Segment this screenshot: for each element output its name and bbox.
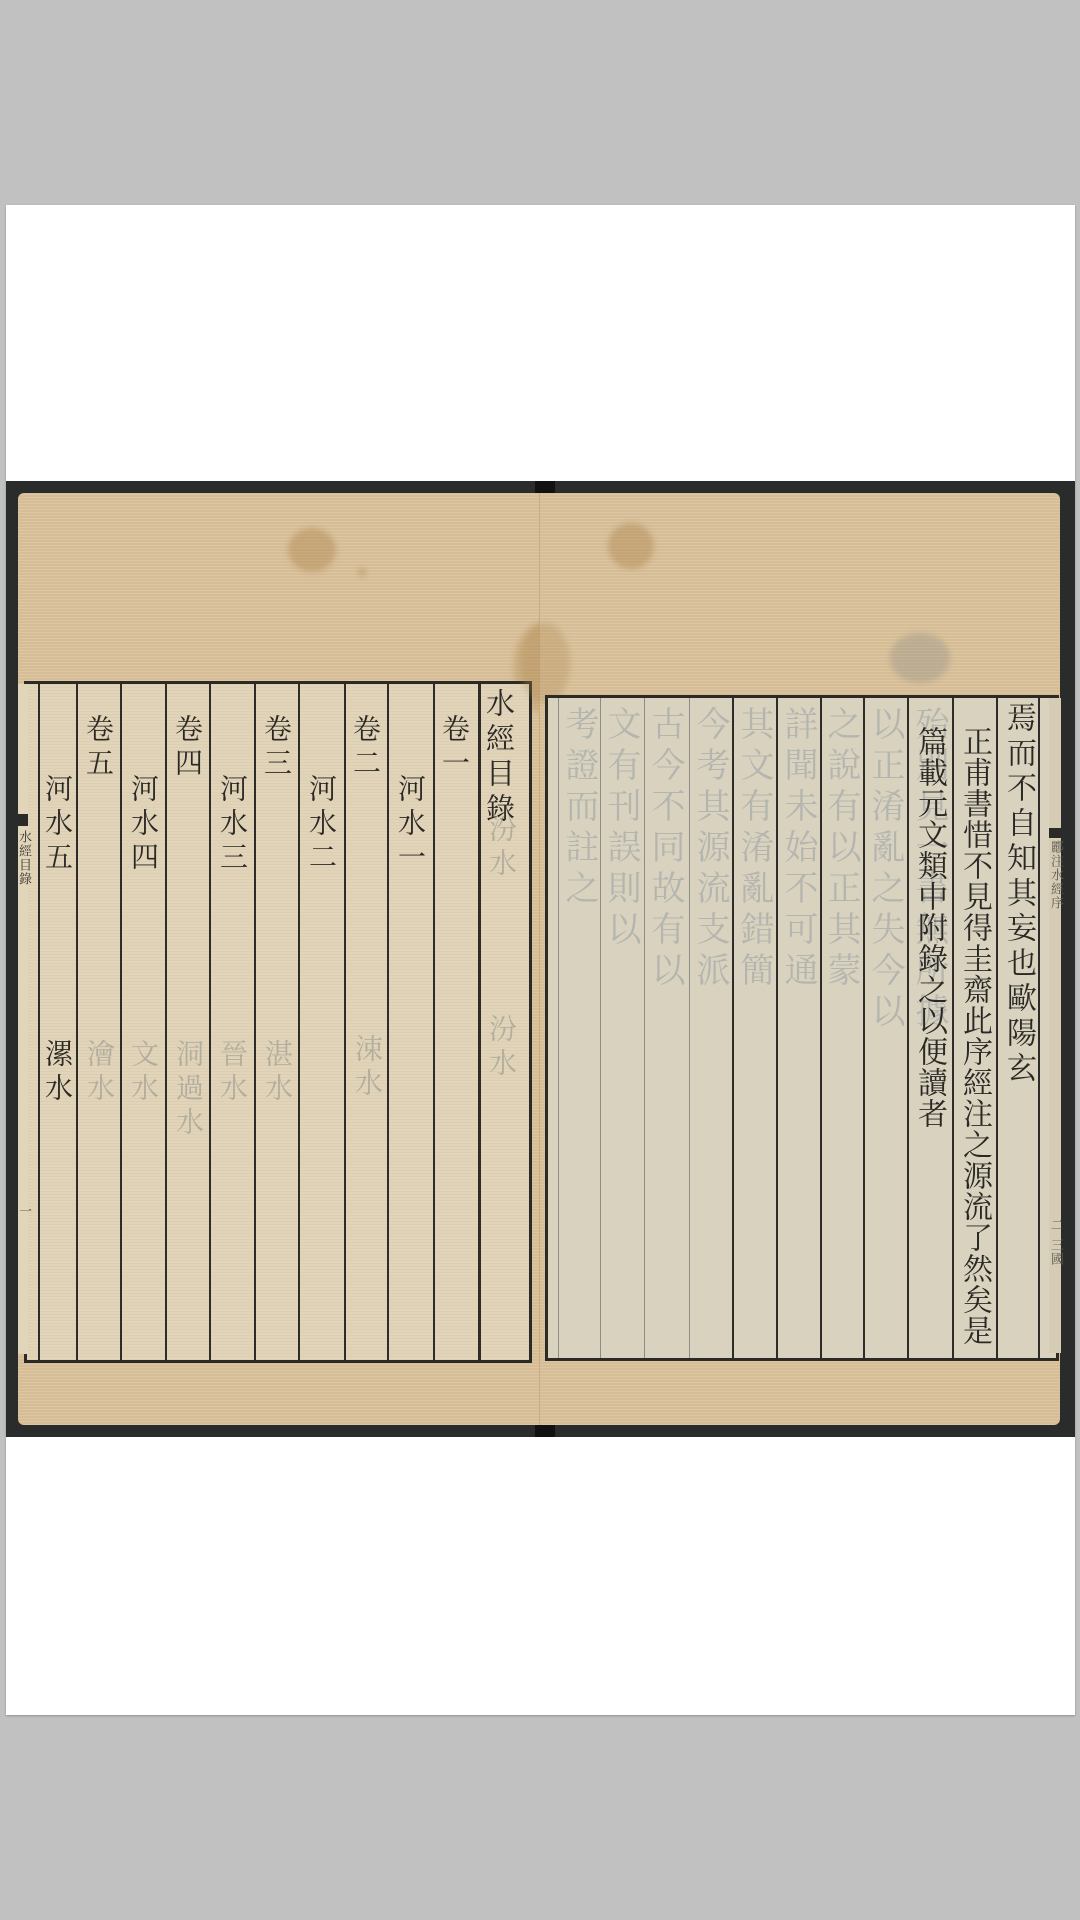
bleed-text: 其文有淆亂錯簡 [737, 706, 771, 993]
bleed-text: 詳聞未始不可通 [781, 706, 815, 993]
column-rule [120, 684, 122, 1360]
toc-volume-3[interactable]: 卷三 [262, 714, 290, 782]
column-rule [209, 684, 211, 1360]
bleed-text: 湛水 [263, 1039, 291, 1107]
bleed-text: 考證而註之 [562, 706, 596, 911]
column-rule [1038, 698, 1040, 1358]
column-rule [298, 684, 300, 1360]
column-rule [38, 684, 40, 1360]
banxin-label: 水經目錄 [17, 830, 30, 886]
ink-spot [358, 568, 366, 576]
toc-entry-2[interactable]: 河水二 [307, 774, 335, 876]
toc-title: 水經目錄 [484, 688, 513, 828]
bleed-text: 今考其源流支派 [693, 706, 727, 993]
column-rule [344, 684, 346, 1360]
water-stain [288, 528, 336, 572]
toc-volume-1[interactable]: 卷一 [440, 714, 468, 782]
column-rule [387, 684, 389, 1360]
preface-frame: 考證而註之 文有刊誤則以 古今不同故有以 今考其源流支派 其文有淆亂錯簡 詳聞未… [545, 695, 1059, 1361]
toc-entry-3[interactable]: 河水三 [218, 774, 246, 876]
bleed-text: 之說有以正其蒙 [824, 706, 858, 993]
smudge [890, 633, 950, 683]
bleed-text: 汾水 [487, 1014, 515, 1082]
bleed-text: 以正淆亂之失今以 [868, 706, 902, 1034]
banxin-bottom-label: 三國 [1049, 1238, 1062, 1266]
left-banxin: 水經目錄 一 [18, 684, 28, 1354]
toc-entry-1[interactable]: 河水一 [396, 774, 424, 876]
column-rule [76, 684, 78, 1360]
column-rule [165, 684, 167, 1360]
toc-entry-5[interactable]: 河水五 [43, 774, 71, 876]
banxin-page-number: 一 [17, 1204, 30, 1218]
column-rule [952, 698, 954, 1358]
preface-column-1: 焉而不自知其妄也歐陽玄 [1003, 702, 1033, 1087]
bleed-text: 澮水 [85, 1039, 113, 1107]
fish-tail-mark [18, 814, 28, 826]
bleed-text: 文有刊誤則以 [604, 706, 638, 952]
toc-entry-extra[interactable]: 漯水 [43, 1039, 71, 1107]
toc-volume-2[interactable]: 卷二 [351, 714, 379, 782]
column-rule [478, 684, 481, 1360]
toc-volume-4[interactable]: 卷四 [173, 714, 201, 782]
banxin-label: 酈注水經序 [1049, 840, 1062, 910]
water-stain [608, 523, 654, 569]
column-rule [996, 698, 998, 1358]
toc-entry-4[interactable]: 河水四 [129, 774, 157, 876]
fish-tail-mark [1049, 828, 1061, 838]
bleed-text: 洞過水 [174, 1039, 202, 1141]
toc-volume-5[interactable]: 卷五 [84, 714, 112, 782]
column-rule [433, 684, 435, 1360]
right-banxin: 酈注水經序 二 三國 [1049, 698, 1061, 1353]
column-rule [254, 684, 256, 1360]
toc-frame: 汾水 汾水 涑水 晉水 洞過水 文水 澮水 湛水 水經目錄 卷一 河水一 卷二 … [24, 681, 532, 1363]
bleed-text: 古今不同故有以 [648, 706, 682, 993]
bleed-text: 晉水 [218, 1039, 246, 1107]
banxin-page-number: 二 [1049, 1218, 1062, 1232]
water-stain [520, 623, 570, 703]
bleed-text: 涑水 [353, 1034, 381, 1102]
preface-column-2: 正甫書惜不見得圭齋此序經注之源流了然矣是 [959, 726, 989, 1346]
bleed-text: 文水 [129, 1039, 157, 1107]
preface-column-3: 篇載元文類中附錄之以便讀者 [914, 726, 944, 1129]
